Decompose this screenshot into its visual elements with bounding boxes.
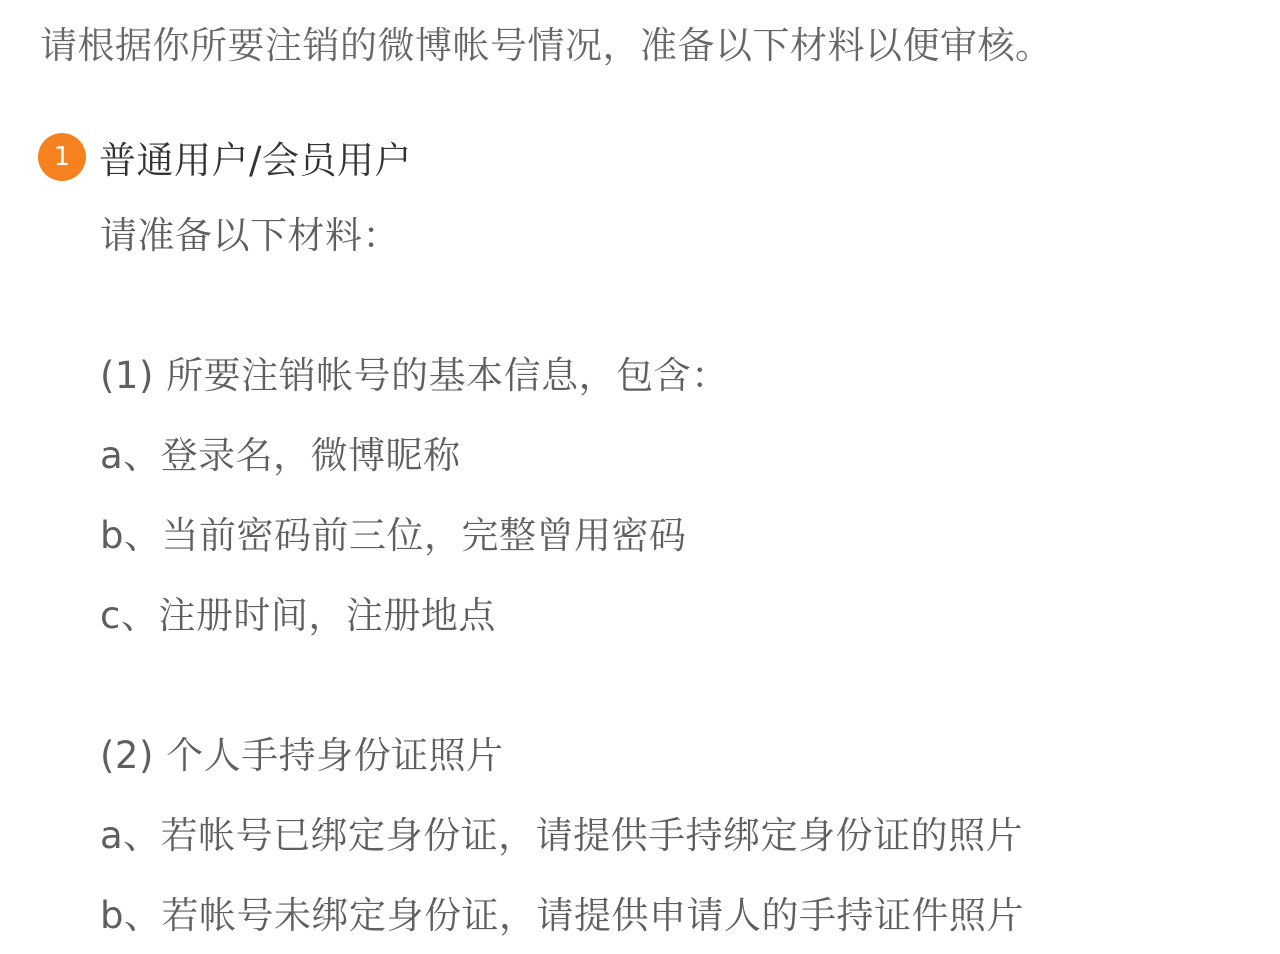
list-item: c、注册时间，注册地点 bbox=[100, 588, 496, 644]
prompt-text: 请准备以下材料： bbox=[100, 208, 400, 264]
section-header: 1 普通用户/会员用户 bbox=[38, 130, 412, 184]
intro-text: 请根据你所要注销的微博帐号情况，准备以下材料以便审核。 bbox=[40, 18, 1053, 74]
list-item: b、当前密码前三位，完整曾用密码 bbox=[100, 508, 687, 564]
list-item: a、登录名，微博昵称 bbox=[100, 428, 461, 484]
list-item: a、若帐号已绑定身份证，请提供手持绑定身份证的照片 bbox=[100, 808, 1023, 864]
list-item: b、若帐号未绑定身份证，请提供申请人的手持证件照片 bbox=[100, 888, 1024, 944]
group-heading: (1) 所要注销帐号的基本信息，包含： bbox=[100, 348, 729, 404]
group-heading: (2) 个人手持身份证照片 bbox=[100, 728, 504, 784]
step-number-badge: 1 bbox=[38, 133, 86, 181]
section-title: 普通用户/会员用户 bbox=[99, 130, 412, 184]
